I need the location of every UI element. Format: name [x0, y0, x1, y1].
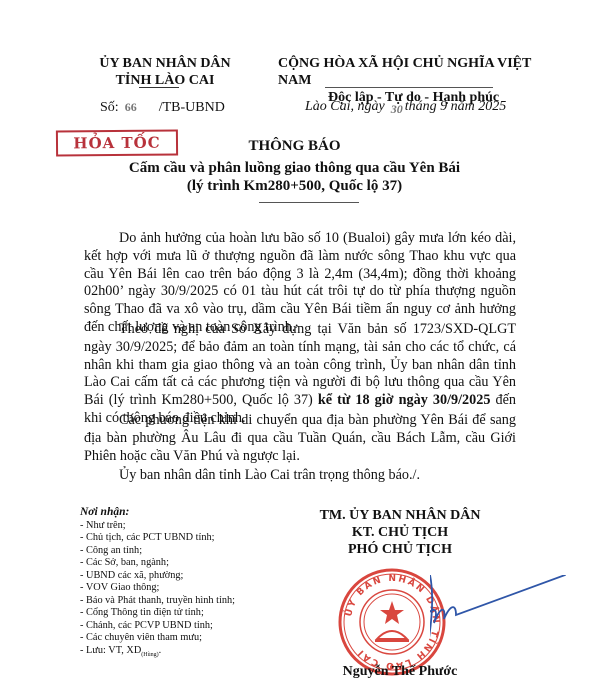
title-underline-divider	[259, 202, 359, 203]
recipient-item: - Các Sở, ban, ngành;	[80, 557, 290, 570]
recipient-item: - Báo và Phát thanh, truyền hình tỉnh;	[80, 595, 290, 608]
org-line-1: ỦY BAN NHÂN DÂN	[70, 55, 260, 72]
recipient-item: - Như trên;	[80, 520, 290, 533]
body-paragraph-closing: Ủy ban nhân dân tỉnh Lào Cai trân trọng …	[84, 467, 516, 485]
para2-effective-time: kể từ 18 giờ ngày 30/9/2025	[318, 392, 491, 408]
signature-title-1: TM. ỦY BAN NHÂN DÂN	[300, 507, 500, 524]
document-title: THÔNG BÁO	[0, 138, 589, 155]
recipient-item: - Công an tỉnh;	[80, 545, 290, 558]
doc-number-suffix: /TB-UBND	[159, 100, 225, 115]
document-number: Số:66/TB-UBND	[100, 100, 225, 116]
archive-label: - Lưu: VT, XD	[80, 645, 141, 656]
recipient-item: - Cổng Thông tin điện tử tỉnh;	[80, 607, 290, 620]
date-month-year: tháng 9 năm 2025	[405, 99, 507, 114]
date-day: 30	[391, 102, 403, 116]
place-prefix: Lào Cai, ngày	[305, 99, 385, 114]
recipient-item: - UBND các xã, phường;	[80, 570, 290, 583]
archive-end: .	[159, 645, 162, 656]
doc-number-value: 66	[125, 100, 137, 114]
recipient-item-archive: - Lưu: VT, XD(Hùng).	[80, 645, 290, 662]
handwritten-signature-icon	[430, 575, 570, 655]
recipient-item: - Chủ tịch, các PCT UBND tỉnh;	[80, 532, 290, 545]
org-underline-divider	[139, 87, 179, 88]
motto-underline-divider	[325, 87, 493, 88]
document-subtitle-line-2: (lý trình Km280+500, Quốc lộ 37)	[0, 178, 589, 195]
recipient-items: - Như trên;- Chủ tịch, các PCT UBND tỉnh…	[80, 520, 290, 645]
nation-name: CỘNG HÒA XÃ HỘI CHỦ NGHĨA VIỆT NAM	[272, 55, 562, 89]
recipient-item: - Chánh, các PCVP UBND tỉnh;	[80, 620, 290, 633]
body-paragraph-3: Các phương tiện khi di chuyển qua địa bà…	[84, 412, 516, 465]
place-and-date: Lào Cai, ngày30tháng 9 năm 2025	[305, 99, 506, 115]
document-subtitle-line-1: Cấm cầu và phân luồng giao thông qua cầu…	[0, 160, 589, 177]
recipient-item: - VOV Giao thông;	[80, 582, 290, 595]
recipients-heading: Nơi nhận:	[80, 506, 290, 519]
recipients-list: Nơi nhận: - Như trên;- Chủ tịch, các PCT…	[80, 506, 290, 661]
signature-title-2: KT. CHỦ TỊCH	[300, 524, 500, 541]
recipient-item: - Các chuyên viên tham mưu;	[80, 632, 290, 645]
svg-text:ỦY BAN NHÂN DÂN TỈNH LÀO CAI: ỦY BAN NHÂN DÂN TỈNH LÀO CAI	[341, 574, 441, 672]
signer-name: Nguyễn Thế Phước	[300, 664, 500, 680]
signature-title-3: PHÓ CHỦ TỊCH	[300, 541, 500, 558]
archive-initials: (Hùng)	[141, 652, 158, 658]
issuing-organization: ỦY BAN NHÂN DÂN TỈNH LÀO CAI	[70, 55, 260, 89]
doc-number-label: Số:	[100, 100, 119, 115]
signature-block: TM. ỦY BAN NHÂN DÂN KT. CHỦ TỊCH PHÓ CHỦ…	[300, 507, 500, 558]
